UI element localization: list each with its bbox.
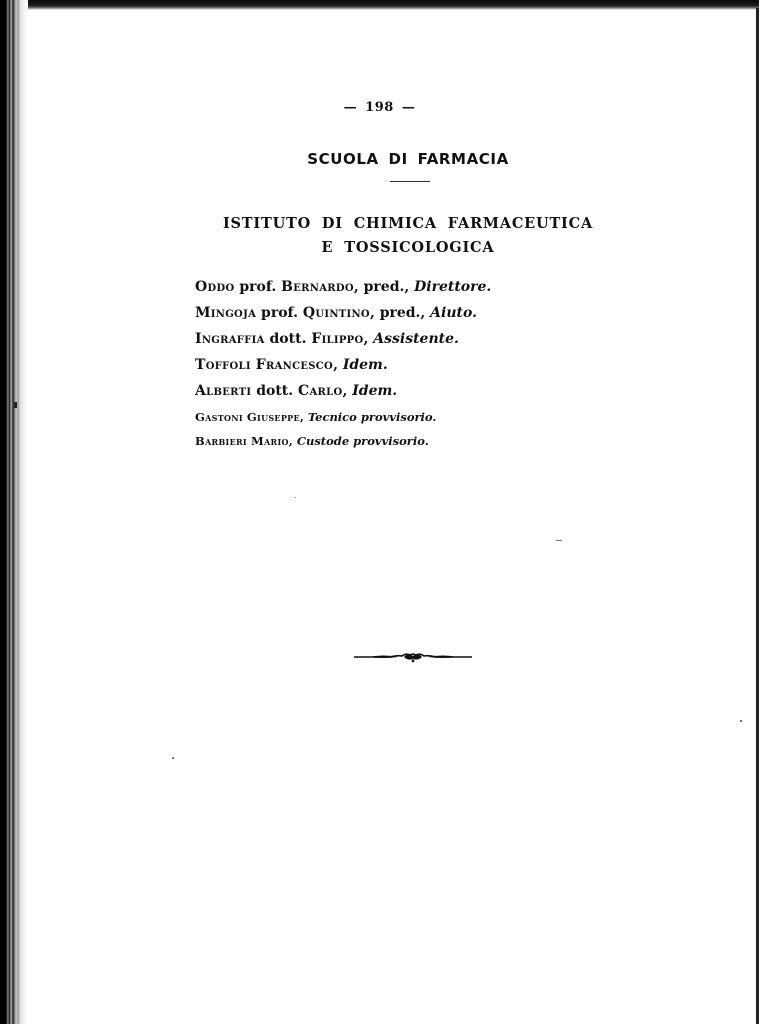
staff-title: prof. bbox=[261, 305, 298, 321]
staff-separator: , bbox=[364, 331, 369, 347]
staff-list: Oddo prof. Bernardo, pred., Direttore. M… bbox=[195, 277, 491, 455]
staff-entry: Alberti dott. Carlo, Idem. bbox=[195, 381, 491, 407]
staff-given-name: Bernardo bbox=[281, 279, 354, 295]
school-heading: SCUOLA DI FARMACIA bbox=[0, 150, 759, 168]
staff-extra: pred., bbox=[380, 305, 426, 321]
staff-role: Assistente. bbox=[373, 331, 459, 347]
ornament-divider-icon bbox=[354, 650, 472, 664]
staff-role: Tecnico provvisorio. bbox=[308, 410, 437, 424]
institute-heading: ISTITUTO DI CHIMICA FARMACEUTICA E TOSSI… bbox=[0, 212, 759, 260]
staff-separator: , bbox=[333, 357, 338, 373]
institute-heading-line-1: ISTITUTO DI CHIMICA FARMACEUTICA bbox=[0, 212, 759, 236]
staff-separator: , bbox=[370, 305, 375, 321]
staff-given-name: Quintino bbox=[303, 305, 370, 321]
staff-separator: , bbox=[342, 383, 347, 399]
staff-title: dott. bbox=[256, 383, 293, 399]
staff-surname: Ingraffia bbox=[195, 331, 265, 347]
staff-title: dott. bbox=[270, 331, 307, 347]
scan-speck bbox=[295, 497, 296, 498]
staff-surname: Barbieri bbox=[195, 434, 247, 448]
staff-extra: pred., bbox=[364, 279, 410, 295]
staff-given-name: Giuseppe bbox=[247, 410, 300, 424]
staff-surname: Mingoja bbox=[195, 305, 256, 321]
staff-surname: Oddo bbox=[195, 279, 234, 295]
staff-entry: Toffoli Francesco, Idem. bbox=[195, 355, 491, 381]
scan-speck bbox=[740, 720, 742, 722]
institute-heading-line-2: E TOSSICOLOGICA bbox=[0, 236, 759, 260]
staff-role: Direttore. bbox=[414, 279, 491, 295]
staff-entry: Ingraffia dott. Filippo, Assistente. bbox=[195, 329, 491, 355]
page-number: — 198 — bbox=[0, 100, 759, 115]
staff-given-name: Francesco bbox=[256, 357, 333, 373]
page-number-value: 198 bbox=[365, 100, 394, 115]
page-number-dash-right: — bbox=[402, 100, 416, 115]
staff-separator: , bbox=[354, 279, 359, 295]
staff-surname: Toffoli bbox=[195, 357, 251, 373]
scan-speck bbox=[556, 540, 562, 541]
staff-entry: Barbieri Mario, Custode provvisorio. bbox=[195, 431, 491, 455]
staff-role: Idem. bbox=[343, 357, 388, 373]
scan-speck bbox=[14, 402, 17, 408]
staff-surname: Gastoni bbox=[195, 410, 243, 424]
staff-entry: Oddo prof. Bernardo, pred., Direttore. bbox=[195, 277, 491, 303]
staff-role: Idem. bbox=[352, 383, 397, 399]
scan-speck bbox=[172, 757, 174, 759]
staff-title: prof. bbox=[239, 279, 276, 295]
staff-role: Custode provvisorio. bbox=[297, 434, 429, 448]
scan-top-edge bbox=[0, 0, 759, 10]
staff-surname: Alberti bbox=[195, 383, 251, 399]
staff-given-name: Mario bbox=[251, 434, 289, 448]
staff-given-name: Filippo bbox=[311, 331, 363, 347]
staff-role: Aiuto. bbox=[430, 305, 477, 321]
staff-separator: , bbox=[300, 410, 304, 424]
page-number-dash-left: — bbox=[344, 100, 358, 115]
staff-separator: , bbox=[289, 434, 293, 448]
heading-divider-rule bbox=[390, 181, 430, 182]
staff-entry: Mingoja prof. Quintino, pred., Aiuto. bbox=[195, 303, 491, 329]
staff-given-name: Carlo bbox=[298, 383, 342, 399]
staff-entry: Gastoni Giuseppe, Tecnico provvisorio. bbox=[195, 407, 491, 431]
